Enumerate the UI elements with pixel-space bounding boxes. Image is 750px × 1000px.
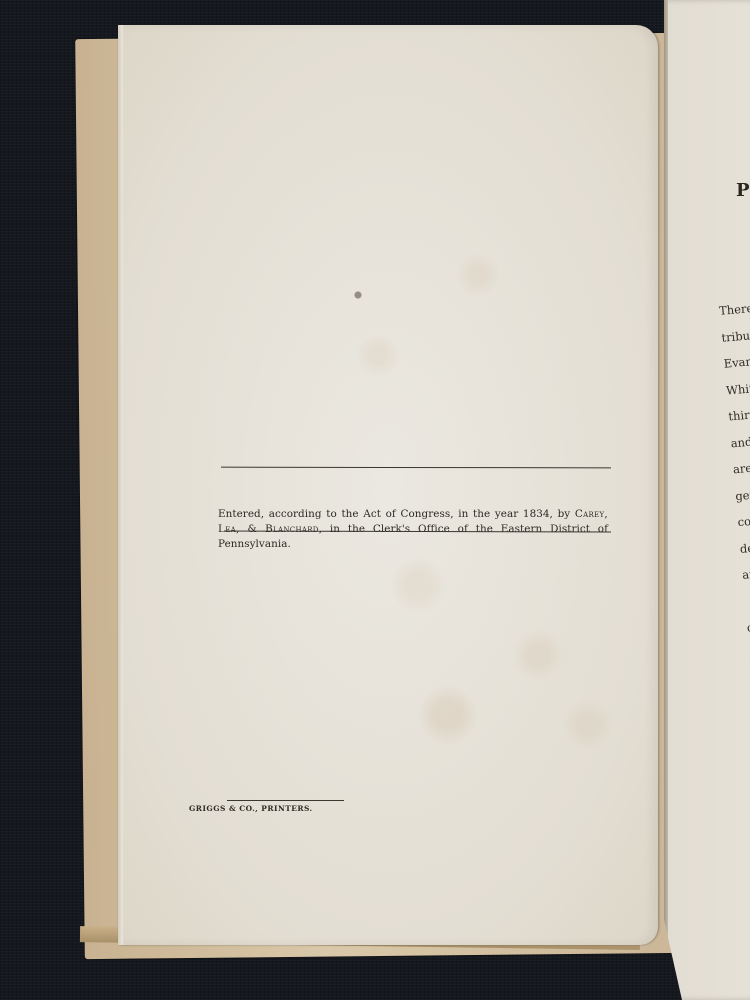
printer-imprint: GRIGGS & CO., PRINTERS.: [189, 804, 313, 813]
preface-text: There are few me tributed so much to Eva…: [718, 281, 750, 985]
copyright-notice: Entered, according to the Act of Congres…: [218, 507, 608, 552]
top-rule: [221, 467, 611, 469]
printer-rule: [227, 800, 344, 801]
right-page-preface: P There are few me tributed so much to E…: [654, 0, 750, 1000]
page-gutter-shadow: [118, 25, 123, 945]
text-line: There are few me: [718, 281, 750, 325]
publisher-name-continued: & Blanchard: [247, 523, 318, 535]
left-page-copyright: Entered, according to the Act of Congres…: [118, 25, 658, 945]
preface-heading-fragment: P: [736, 180, 750, 201]
